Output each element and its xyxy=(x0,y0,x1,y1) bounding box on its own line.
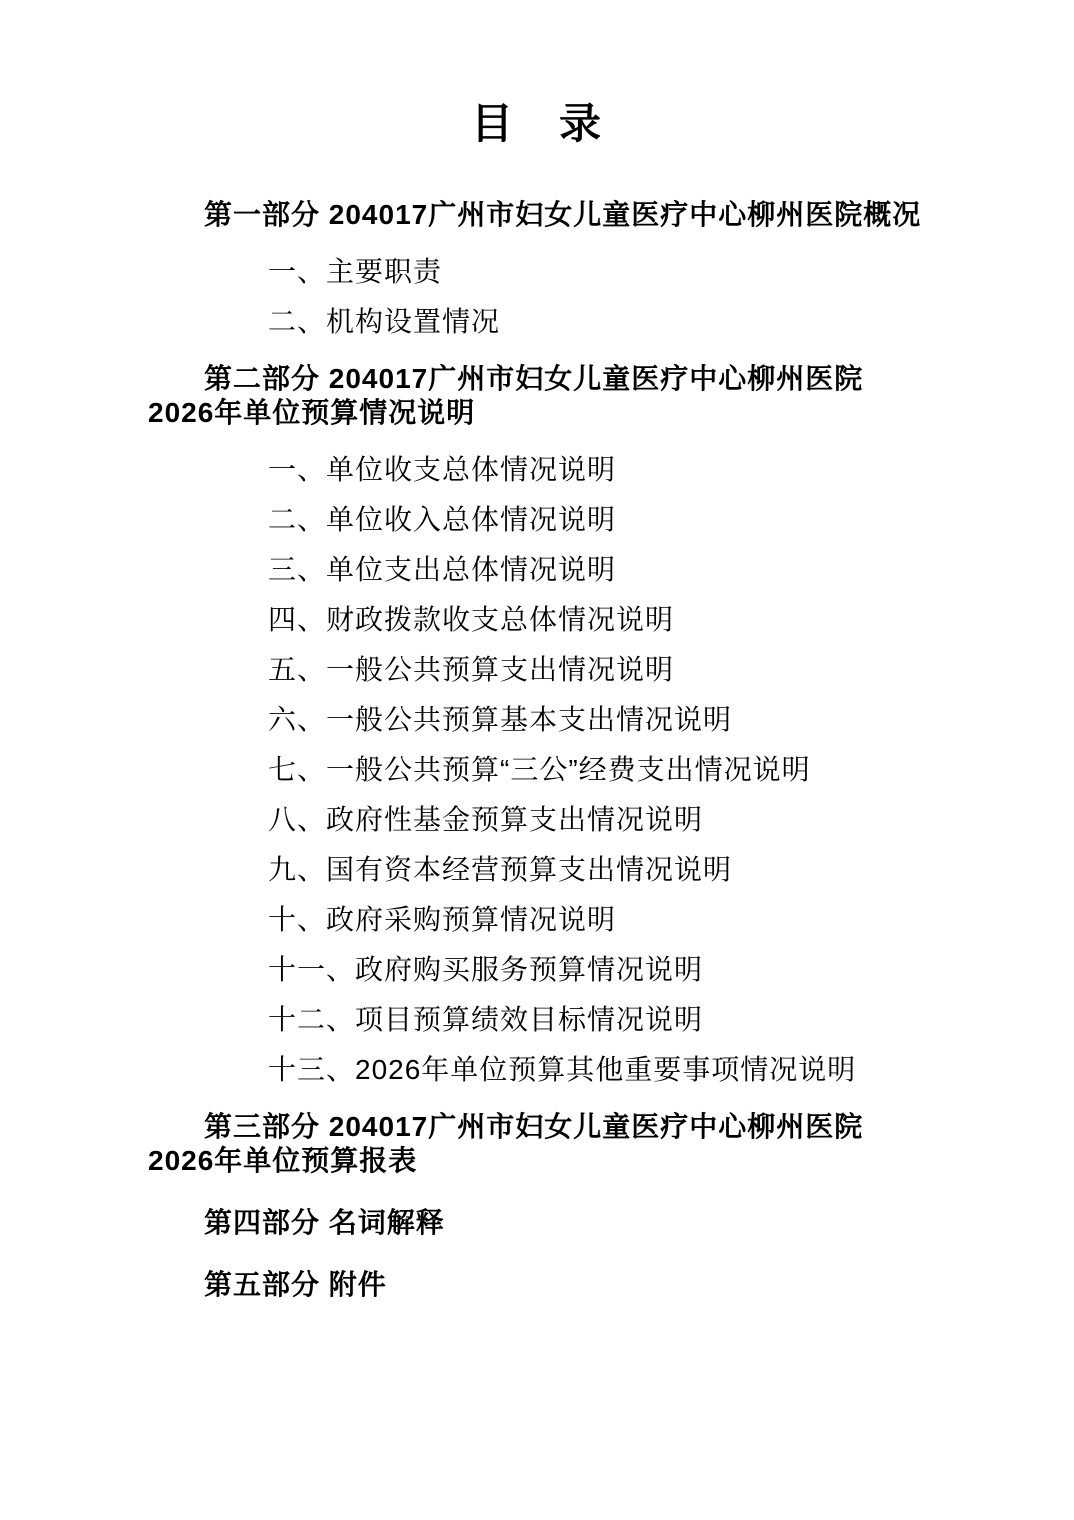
toc-section-3-heading: 第三部分 204017广州市妇女儿童医疗中心柳州医院2026年单位预算报表 xyxy=(148,1110,926,1178)
toc-item: 一、主要职责 xyxy=(268,247,926,297)
toc-section-4-heading: 第四部分 名词解释 xyxy=(148,1206,926,1240)
toc-item: 七、一般公共预算“三公”经费支出情况说明 xyxy=(268,745,926,795)
document-title: 目 录 xyxy=(148,100,926,148)
toc-item: 五、一般公共预算支出情况说明 xyxy=(268,645,926,695)
toc-section-5-heading: 第五部分 附件 xyxy=(148,1268,926,1302)
toc-section-1-items: 一、主要职责 二、机构设置情况 xyxy=(268,247,926,347)
toc-item: 一、单位收支总体情况说明 xyxy=(268,445,926,495)
toc-item: 二、单位收入总体情况说明 xyxy=(268,495,926,545)
toc-item: 十二、项目预算绩效目标情况说明 xyxy=(268,995,926,1045)
toc-item: 九、国有资本经营预算支出情况说明 xyxy=(268,845,926,895)
toc-item: 六、一般公共预算基本支出情况说明 xyxy=(268,695,926,745)
toc-section-1-heading: 第一部分 204017广州市妇女儿童医疗中心柳州医院概况 xyxy=(148,198,926,232)
toc-item: 十、政府采购预算情况说明 xyxy=(268,895,926,945)
toc-item: 三、单位支出总体情况说明 xyxy=(268,545,926,595)
toc-section-2-items: 一、单位收支总体情况说明 二、单位收入总体情况说明 三、单位支出总体情况说明 四… xyxy=(268,445,926,1095)
toc-item: 十三、2026年单位预算其他重要事项情况说明 xyxy=(268,1045,926,1095)
document-page: 目 录 第一部分 204017广州市妇女儿童医疗中心柳州医院概况 一、主要职责 … xyxy=(0,0,1074,1520)
toc-item: 二、机构设置情况 xyxy=(268,297,926,347)
toc-item: 四、财政拨款收支总体情况说明 xyxy=(268,595,926,645)
toc-item: 八、政府性基金预算支出情况说明 xyxy=(268,795,926,845)
toc-section-2-heading: 第二部分 204017广州市妇女儿童医疗中心柳州医院2026年单位预算情况说明 xyxy=(148,362,926,430)
toc-item: 十一、政府购买服务预算情况说明 xyxy=(268,945,926,995)
